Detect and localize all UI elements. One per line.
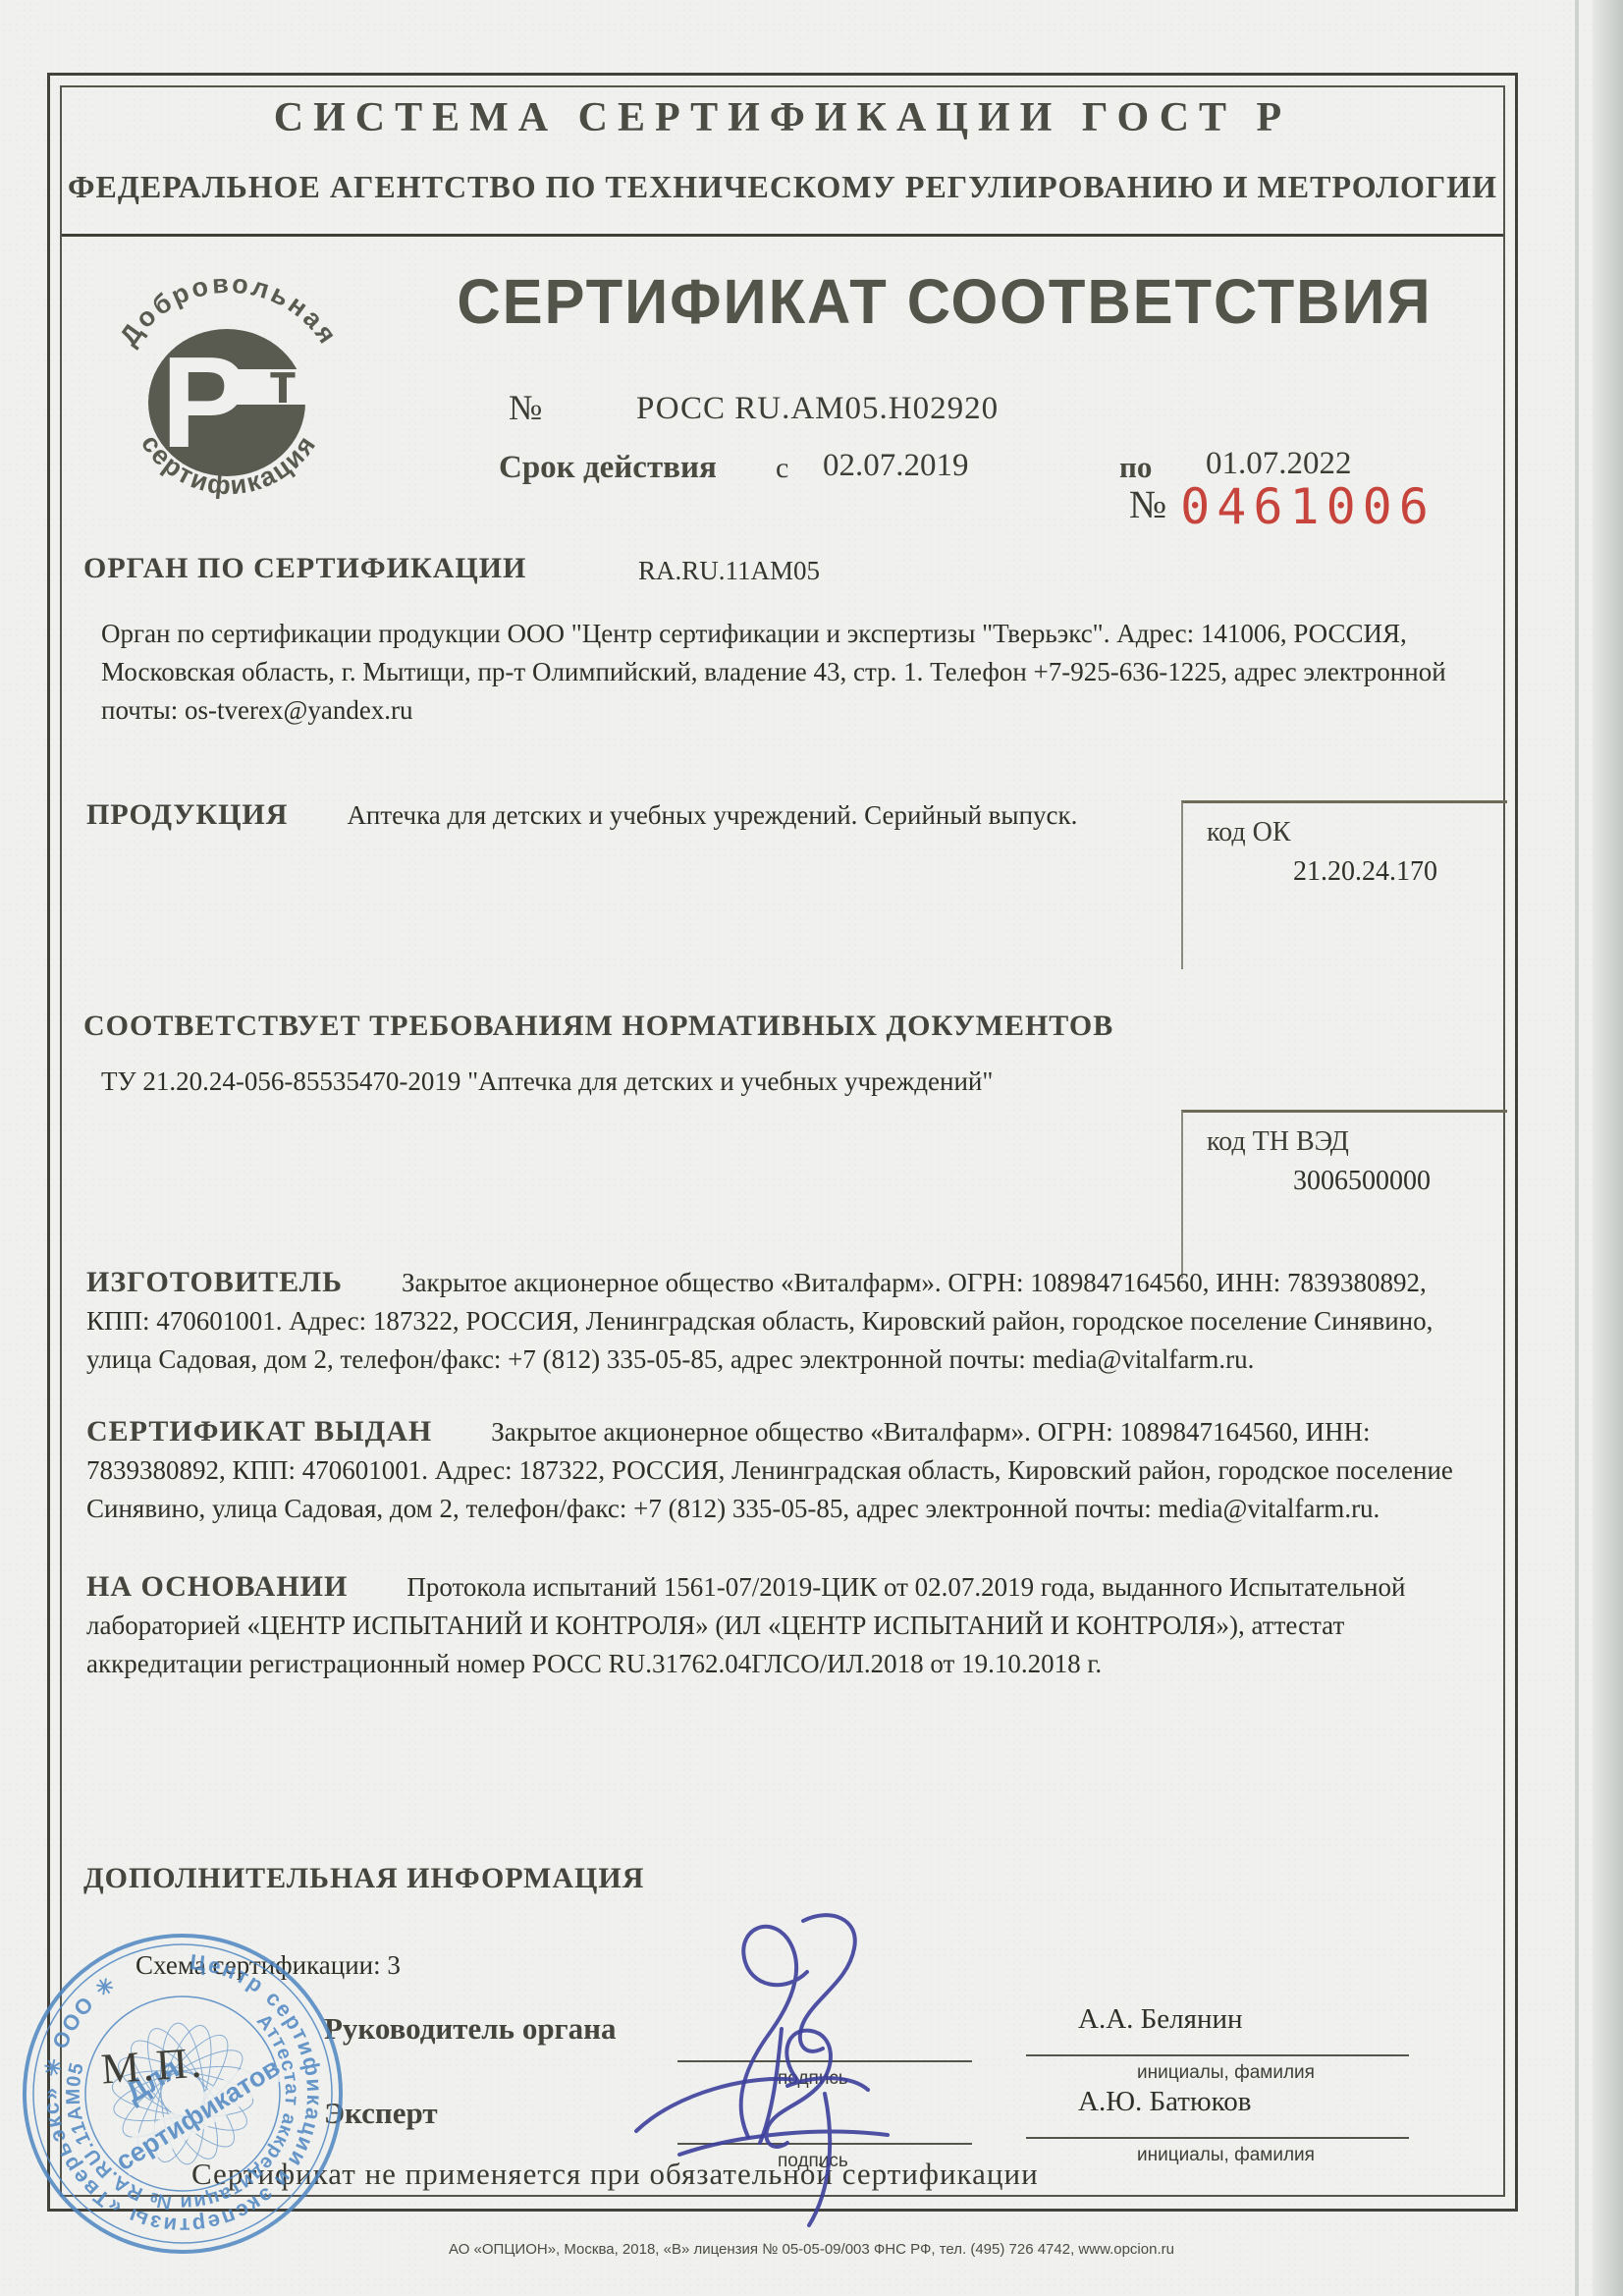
ok-code-label: код ОК [1207,817,1507,848]
head-signature-label: Руководитель органа [324,2011,617,2047]
additional-info-heading: ДОПОЛНИТЕЛЬНАЯ ИНФОРМАЦИЯ [83,1862,644,1895]
expert-name-line [1026,2137,1409,2139]
svg-text:Центр сертификации и экспертиз: Центр сертификации и экспертизы «Тверьэк… [9,1925,357,2269]
validity-label: Срок действия [499,450,717,486]
expert-name: А.Ю. Батюков [1078,2086,1251,2118]
tnved-code-value: 3006500000 [1293,1166,1507,1197]
expert-name-caption: инициалы, фамилия [1137,2145,1315,2166]
issued-to-section: СЕРТИФИКАТ ВЫДАНЗакрытое акционерное общ… [86,1412,1481,1528]
certificate-number-label: № [509,387,542,428]
blank-number-value: 0461006 [1180,478,1435,535]
organ-body-text: Орган по сертификации продукции ООО "Цен… [101,615,1448,730]
logo-letter-p: Р [161,330,247,474]
scan-edge-shadow [1593,0,1623,2296]
validity-to-date: 01.07.2022 [1206,446,1352,482]
system-title: СИСТЕМА СЕРТИФИКАЦИИ ГОСТ Р [60,94,1505,141]
conformity-heading: СООТВЕТСТВУЕТ ТРЕБОВАНИЯМ НОРМАТИВНЫХ ДО… [83,1010,1113,1043]
organ-accreditation-code: RA.RU.11АМ05 [638,556,820,586]
expert-signature-ink [624,2015,948,2231]
tnved-code-box: код ТН ВЭД 3006500000 [1181,1110,1507,1279]
scan-edge-line [1575,0,1579,2296]
mp-place-of-seal: М.П. [99,2037,205,2094]
ok-code-value: 21.20.24.170 [1293,856,1507,888]
ok-code-box: код ОК 21.20.24.170 [1181,800,1507,969]
product-section: ПРОДУКЦИЯАптечка для детских и учебных у… [86,795,1127,835]
validity-from-date: 02.07.2019 [823,448,969,484]
stamp-outer-text: Центр сертификации и экспертизы «Тверьэк… [9,1925,357,2269]
manufacturer-section: ИЗГОТОВИТЕЛЬЗакрытое акционерное обществ… [86,1263,1488,1379]
agency-title: ФЕДЕРАЛЬНОЕ АГЕНТСТВО ПО ТЕХНИЧЕСКОМУ РЕ… [60,169,1505,205]
certificate-number: РОСС RU.АМ05.Н02920 [636,391,999,427]
head-name: А.А. Белянин [1078,2003,1243,2036]
basis-section: НА ОСНОВАНИИПротокола испытаний 1561-07/… [86,1567,1486,1683]
organ-heading: ОРГАН ПО СЕРТИФИКАЦИИ [83,552,526,585]
logo-letter-t: т [269,352,297,415]
basis-heading: НА ОСНОВАНИИ [86,1570,348,1603]
blank-number-sign: № [1129,482,1166,526]
head-name-line [1026,2054,1409,2056]
validity-from-label: с [776,452,788,485]
tnved-code-label: код ТН ВЭД [1207,1126,1507,1158]
head-name-caption: инициалы, фамилия [1137,2062,1315,2084]
manufacturer-heading: ИЗГОТОВИТЕЛЬ [86,1266,343,1298]
issued-to-heading: СЕРТИФИКАТ ВЫДАН [86,1415,432,1448]
conformity-body-text: ТУ 21.20.24-056-85535470-2019 "Аптечка д… [101,1063,1162,1101]
header-divider [62,234,1503,237]
product-heading: ПРОДУКЦИЯ [86,798,288,831]
rst-logo-icon: Добровольная сертификация Р т [86,247,371,552]
certificate-page: СИСТЕМА СЕРТИФИКАЦИИ ГОСТ Р ФЕДЕРАЛЬНОЕ … [0,0,1623,2296]
certificate-title: СЕРТИФИКАТ СООТВЕТСТВИЯ [426,265,1463,338]
product-body-text: Аптечка для детских и учебных учреждений… [347,800,1077,830]
blank-number-block: №0461006 [1129,478,1435,535]
